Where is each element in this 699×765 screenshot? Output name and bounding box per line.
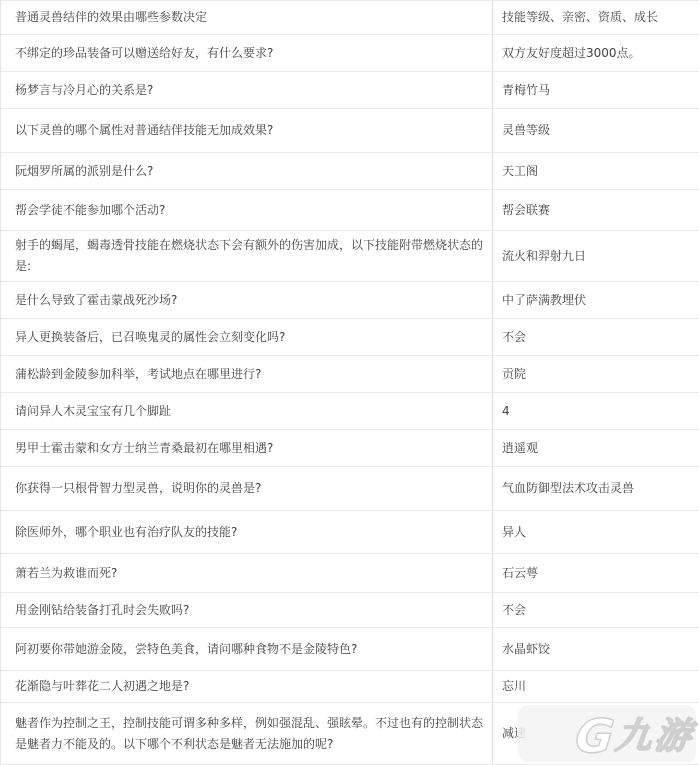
question-cell: 不绑定的珍品装备可以赠送给好友，有什么要求? [1, 35, 493, 71]
answer-cell: 忘川 [493, 671, 699, 702]
answer-cell: 气血防御型法术攻击灵兽 [493, 467, 699, 510]
table-row: 除医师外，哪个职业也有治疗队友的技能? 异人 [1, 511, 699, 554]
question-cell: 异人更换装备后，已召唤鬼灵的属性会立刻变化吗? [1, 319, 493, 355]
answer-cell: 中了萨满教埋伏 [493, 282, 699, 318]
table-row: 阿初要你带她游金陵，尝特色美食，请问哪种食物不是金陵特色? 水晶虾饺 [1, 628, 699, 671]
answer-cell: 天工阁 [493, 153, 699, 189]
table-row: 男甲士霍击蒙和女方士纳兰青桑最初在哪里相遇? 逍遥观 [1, 430, 699, 467]
table-row: 异人更换装备后，已召唤鬼灵的属性会立刻变化吗? 不会 [1, 319, 699, 356]
answer-cell: 技能等级、亲密、资质、成长 [493, 1, 699, 34]
question-cell: 萧若兰为救谁而死? [1, 554, 493, 592]
table-row: 是什么导致了霍击蒙战死沙场? 中了萨满教埋伏 [1, 282, 699, 319]
answer-cell: 不会 [493, 319, 699, 355]
question-cell: 是什么导致了霍击蒙战死沙场? [1, 282, 493, 318]
table-row: 用金刚钻给装备打孔时会失败吗? 不会 [1, 593, 699, 628]
question-cell: 花渐隐与叶葬花二人初遇之地是? [1, 671, 493, 702]
question-cell: 男甲士霍击蒙和女方士纳兰青桑最初在哪里相遇? [1, 430, 493, 466]
question-cell: 请问异人木灵宝宝有几个脚趾 [1, 393, 493, 429]
table-row: 请问异人木灵宝宝有几个脚趾 4 [1, 393, 699, 430]
question-cell: 除医师外，哪个职业也有治疗队友的技能? [1, 511, 493, 553]
answer-cell: 青梅竹马 [493, 72, 699, 108]
table-row: 杨梦言与冷月心的关系是? 青梅竹马 [1, 72, 699, 109]
question-cell: 你获得一只根骨智力型灵兽，说明你的灵兽是? [1, 467, 493, 510]
answer-cell: 异人 [493, 511, 699, 553]
answer-cell: 逍遥观 [493, 430, 699, 466]
table-row: 以下灵兽的哪个属性对普通结伴技能无加成效果? 灵兽等级 [1, 109, 699, 153]
table-row: 你获得一只根骨智力型灵兽，说明你的灵兽是? 气血防御型法术攻击灵兽 [1, 467, 699, 511]
question-cell: 阮烟罗所属的派别是什么? [1, 153, 493, 189]
table-row: 阮烟罗所属的派别是什么? 天工阁 [1, 153, 699, 190]
answer-cell: 不会 [493, 593, 699, 627]
answer-cell: 贡院 [493, 356, 699, 392]
table-row: 花渐隐与叶葬花二人初遇之地是? 忘川 [1, 671, 699, 703]
answer-cell: 帮会联赛 [493, 190, 699, 230]
table-row: 蒲松龄到金陵参加科举，考试地点在哪里进行? 贡院 [1, 356, 699, 393]
question-cell: 用金刚钻给装备打孔时会失败吗? [1, 593, 493, 627]
9game-watermark: G九游 [573, 708, 697, 763]
answer-cell: 石云萼 [493, 554, 699, 592]
table-row: 萧若兰为救谁而死? 石云萼 [1, 554, 699, 593]
question-cell: 射手的蝎尾，蝎毒透骨技能在燃烧状态下会有额外的伤害加成，以下技能附带燃烧状态的是… [1, 231, 493, 281]
table-row: 不绑定的珍品装备可以赠送给好友，有什么要求? 双方友好度超过3000点。 [1, 35, 699, 72]
table-row: 普通灵兽结伴的效果由哪些参数决定 技能等级、亲密、资质、成长 [1, 1, 699, 35]
answer-cell: 4 [493, 393, 699, 429]
9game-watermark-text: 九游 [614, 716, 696, 757]
answer-cell: 流火和羿射九日 [493, 231, 699, 281]
table-row: 帮会学徒不能参加哪个活动? 帮会联赛 [1, 190, 699, 231]
answer-cell: 灵兽等级 [493, 109, 699, 152]
qa-table: 普通灵兽结伴的效果由哪些参数决定 技能等级、亲密、资质、成长 不绑定的珍品装备可… [0, 0, 699, 765]
question-cell: 帮会学徒不能参加哪个活动? [1, 190, 493, 230]
9game-logo-icon: G [573, 709, 616, 763]
question-cell: 阿初要你带她游金陵，尝特色美食，请问哪种食物不是金陵特色? [1, 628, 493, 670]
question-cell: 蒲松龄到金陵参加科举，考试地点在哪里进行? [1, 356, 493, 392]
question-cell: 魅者作为控制之王，控制技能可谓多种多样，例如强混乱、强眩晕。不过也有的控制状态是… [1, 703, 493, 764]
question-cell: 杨梦言与冷月心的关系是? [1, 72, 493, 108]
question-cell: 以下灵兽的哪个属性对普通结伴技能无加成效果? [1, 109, 493, 152]
answer-cell: 双方友好度超过3000点。 [493, 35, 699, 71]
question-cell: 普通灵兽结伴的效果由哪些参数决定 [1, 1, 493, 34]
table-row: 射手的蝎尾，蝎毒透骨技能在燃烧状态下会有额外的伤害加成，以下技能附带燃烧状态的是… [1, 231, 699, 282]
answer-cell: 水晶虾饺 [493, 628, 699, 670]
